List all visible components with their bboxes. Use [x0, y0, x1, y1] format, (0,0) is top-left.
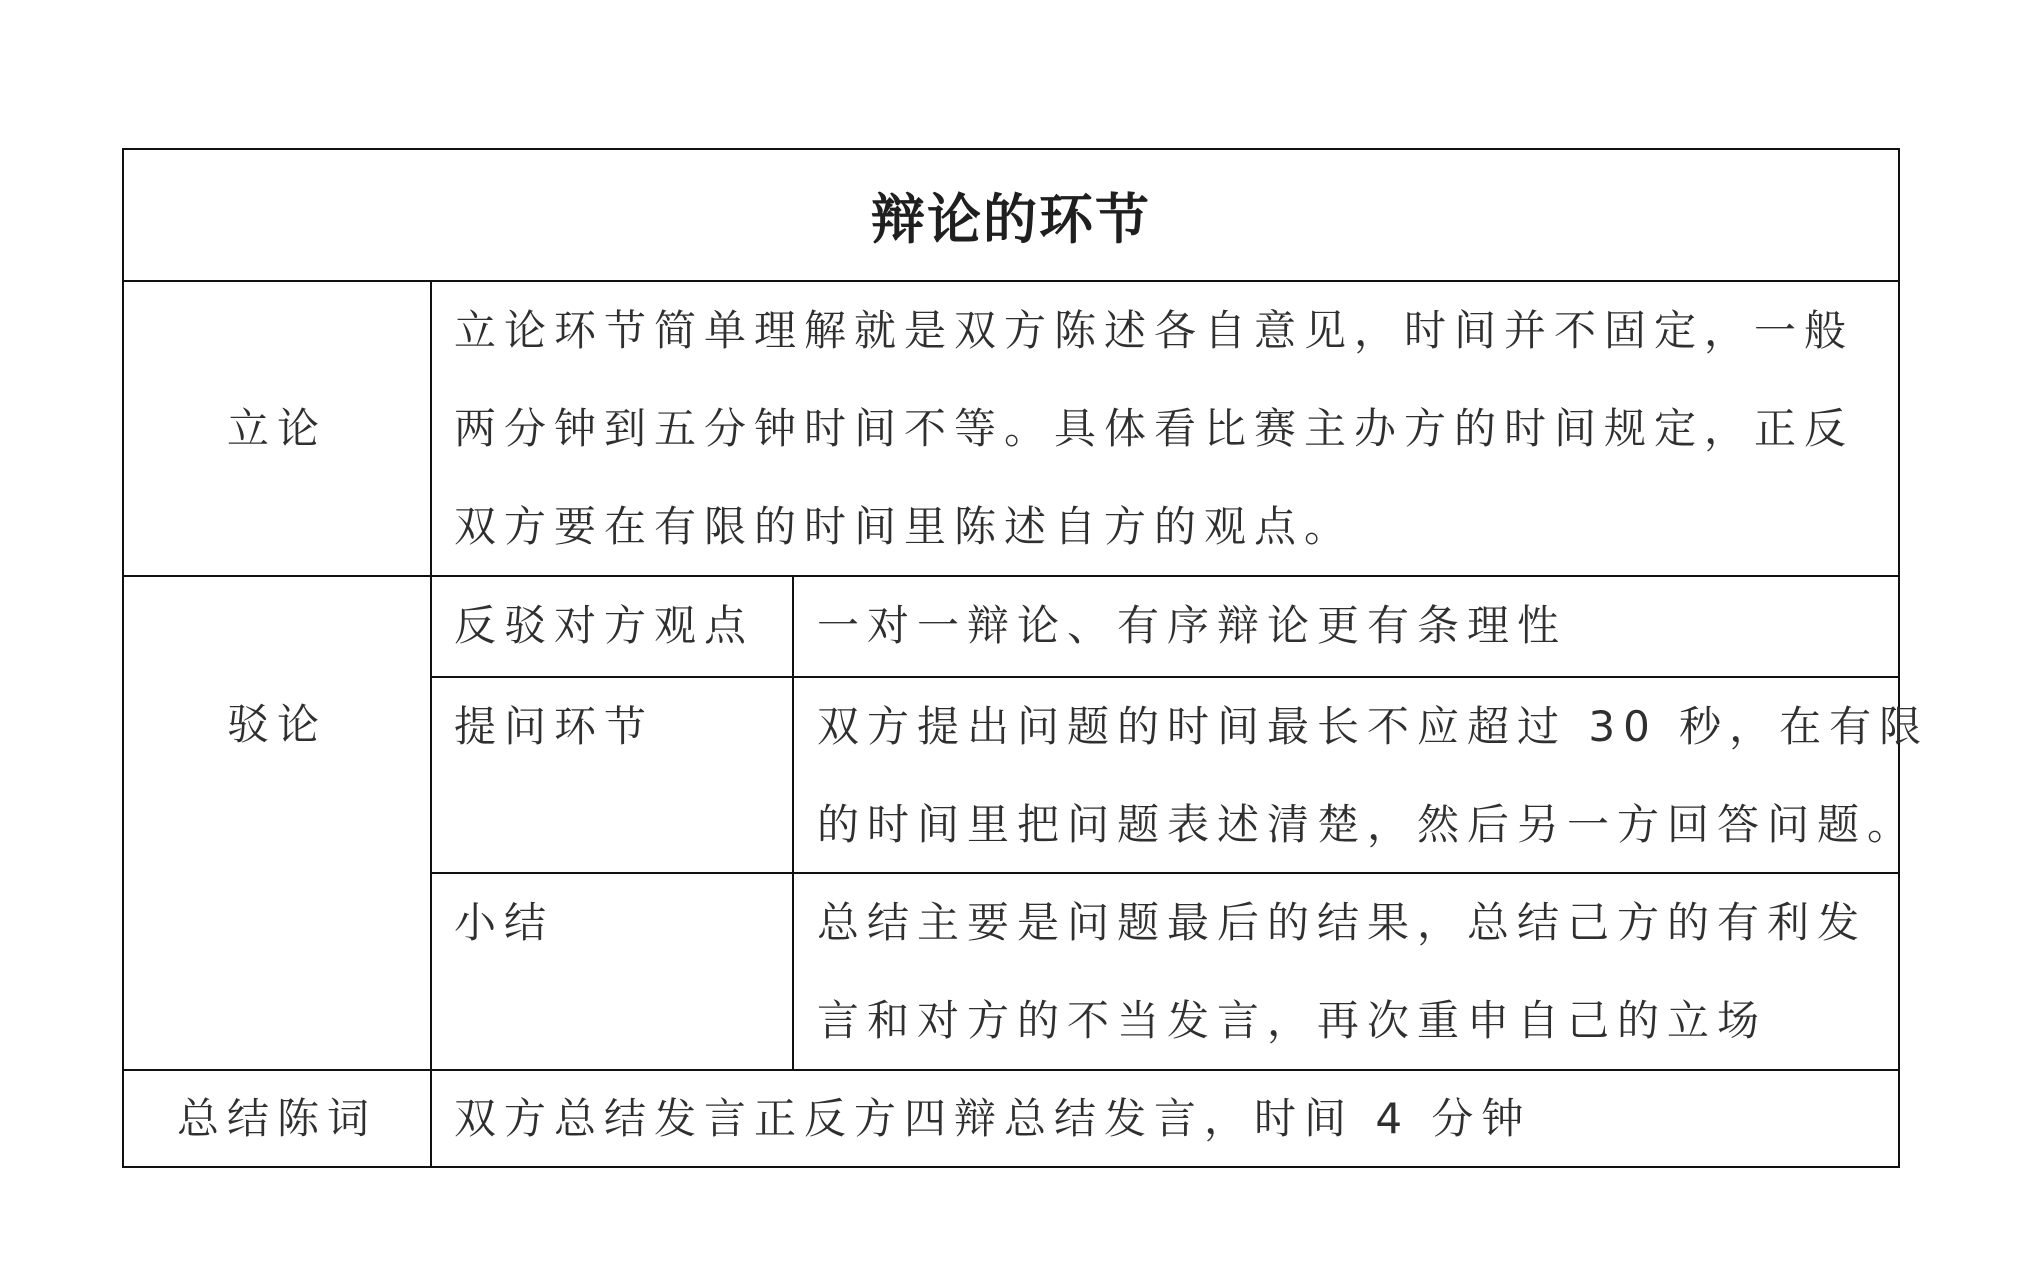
divider-col-2 — [792, 575, 794, 1071]
subrow-name-xiaojie: 小结 — [454, 874, 784, 1069]
content-line: 双方提出问题的时间最长不应超过 30 秒，在有限 — [817, 678, 1887, 776]
subrow-name-text: 提问环节 — [454, 702, 654, 751]
content-line: 言和对方的不当发言，再次重申自己的立场 — [817, 972, 1887, 1070]
content-line: 一对一辩论、有序辩论更有条理性 — [817, 577, 1887, 675]
content-line: 立论环节简单理解就是双方陈述各自意见，时间并不固定，一般 — [454, 282, 1874, 380]
content-line: 的时间里把问题表述清楚，然后另一方回答问题。 — [817, 776, 1887, 874]
content-line: 双方要在有限的时间里陈述自方的观点。 — [454, 478, 1874, 576]
row-label-text: 立论 — [227, 380, 327, 478]
row-label-text: 总结陈词 — [177, 1070, 377, 1168]
row-content-lilun: 立论环节简单理解就是双方陈述各自意见，时间并不固定，一般 两分钟到五分钟时间不等… — [454, 282, 1874, 575]
row-label-lilun: 立论 — [124, 282, 430, 575]
subrow-name-fanbo: 反驳对方观点 — [454, 577, 784, 676]
debate-stages-table: 辩论的环节 立论 立论环节简单理解就是双方陈述各自意见，时间并不固定，一般 两分… — [122, 148, 1900, 1168]
content-line: 总结主要是问题最后的结果，总结己方的有利发 — [817, 874, 1887, 972]
table-title: 辩论的环节 — [124, 150, 1898, 280]
subrow-name-text: 反驳对方观点 — [454, 601, 754, 650]
content-line: 双方总结发言正反方四辩总结发言，时间 4 分钟 — [454, 1071, 1874, 1166]
subrow-content-fanbo: 一对一辩论、有序辩论更有条理性 — [817, 577, 1887, 676]
row-label-bolun: 驳论 — [124, 577, 430, 1069]
subrow-content-tiwen: 双方提出问题的时间最长不应超过 30 秒，在有限 的时间里把问题表述清楚，然后另… — [817, 678, 1887, 872]
row-content-zongjie: 双方总结发言正反方四辩总结发言，时间 4 分钟 — [454, 1071, 1874, 1166]
subrow-content-xiaojie: 总结主要是问题最后的结果，总结己方的有利发 言和对方的不当发言，再次重申自己的立… — [817, 874, 1887, 1069]
subrow-name-text: 小结 — [454, 898, 554, 947]
content-line: 两分钟到五分钟时间不等。具体看比赛主办方的时间规定，正反 — [454, 380, 1874, 478]
divider-col-1 — [430, 280, 432, 1166]
subrow-name-tiwen: 提问环节 — [454, 678, 784, 872]
row-label-text: 驳论 — [227, 700, 327, 749]
row-label-zongjie: 总结陈词 — [124, 1071, 430, 1166]
